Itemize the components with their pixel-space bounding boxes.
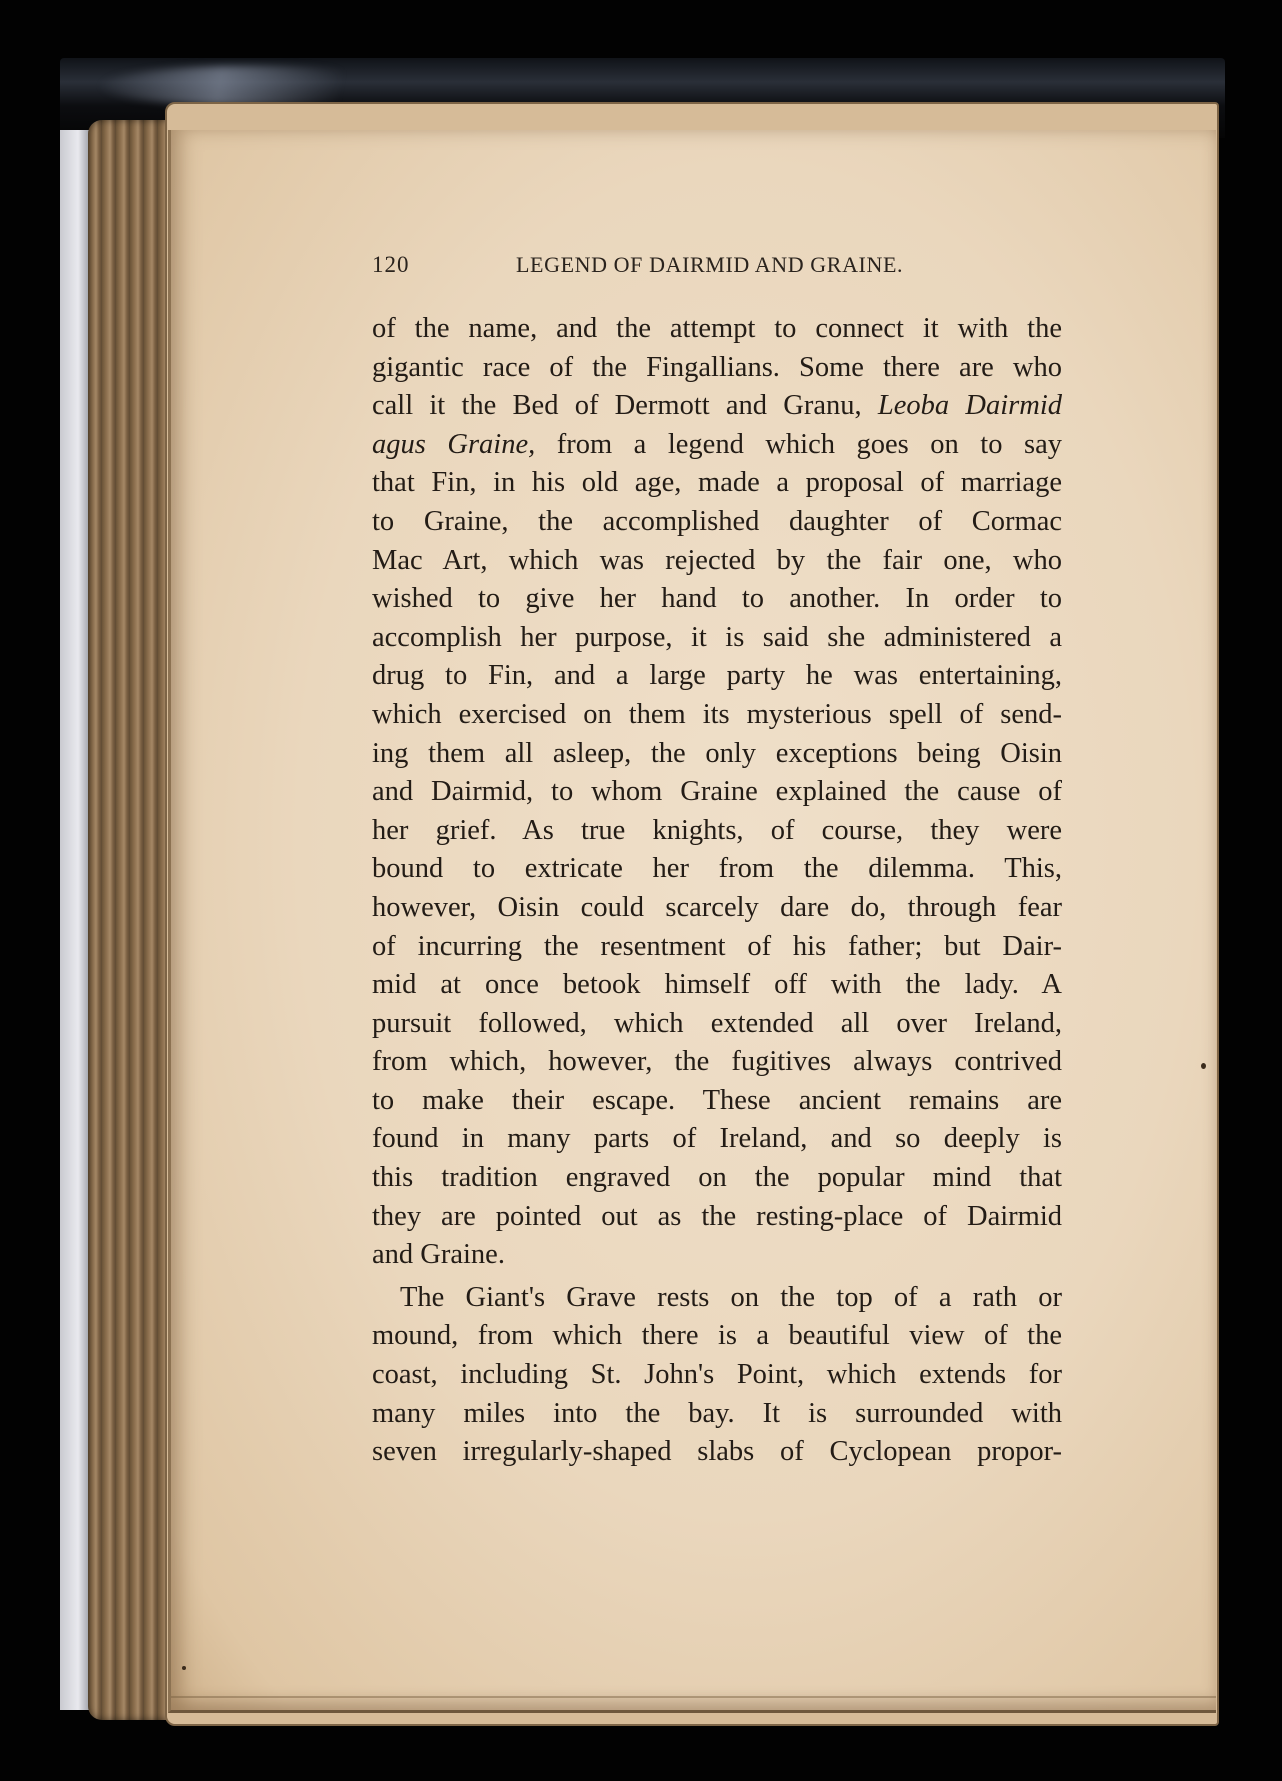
text-line: accomplish her purpose, it is said she a… — [372, 619, 1062, 658]
italic-phrase: agus Graine, — [372, 429, 535, 460]
text-line: of incurring the resentment of his fathe… — [372, 928, 1062, 967]
paragraph-2: The Giant's Grave rests on the top of a … — [372, 1279, 1062, 1472]
text-line: of the name, and the attempt to connect … — [372, 310, 1062, 349]
text-line: Mac Art, which was rejected by the fair … — [372, 542, 1062, 581]
text-line: and Dairmid, to whom Graine explained th… — [372, 773, 1062, 812]
text-line: mound, from which there is a beautiful v… — [372, 1317, 1062, 1356]
text-line: they are pointed out as the resting-plac… — [372, 1198, 1062, 1237]
text-line: ing them all asleep, the only exceptions… — [372, 735, 1062, 774]
text-line: from which, however, the fugitives alway… — [372, 1043, 1062, 1082]
ink-speck — [182, 1666, 186, 1670]
text-line: to Graine, the accomplished daughter of … — [372, 503, 1062, 542]
scanned-book-page: 120 LEGEND OF DAIRMID AND GRAINE. of the… — [0, 0, 1282, 1781]
book-cover-left-edge — [60, 130, 90, 1710]
text-span: from a legend which goes on to say — [535, 429, 1062, 460]
text-line: pursuit followed, which extended all ove… — [372, 1005, 1062, 1044]
italic-phrase: Leoba Dairmid — [878, 390, 1062, 421]
text-line: gigantic race of the Fingallians. Some t… — [372, 349, 1062, 388]
running-title: LEGEND OF DAIRMID AND GRAINE. — [516, 252, 903, 278]
text-line: found in many parts of Ireland, and so d… — [372, 1120, 1062, 1159]
running-header: 120 LEGEND OF DAIRMID AND GRAINE. — [372, 252, 1072, 282]
text-line: that Fin, in his old age, made a proposa… — [372, 464, 1062, 503]
text-span: call it the Bed of Dermott and Granu, — [372, 390, 878, 421]
cover-sheen — [100, 66, 400, 106]
text-line: wished to give her hand to another. In o… — [372, 580, 1062, 619]
text-line: seven irregularly-shaped slabs of Cyclop… — [372, 1433, 1062, 1472]
page-number: 120 — [372, 252, 410, 278]
text-line: which exercised on them its mysterious s… — [372, 696, 1062, 735]
text-line: and Graine. — [372, 1236, 1062, 1275]
ink-speck — [1201, 1063, 1206, 1069]
text-line: however, Oisin could scarcely dare do, t… — [372, 889, 1062, 928]
text-line: mid at once betook himself off with the … — [372, 966, 1062, 1005]
text-line: bound to extricate her from the dilemma.… — [372, 850, 1062, 889]
paragraph-1: of the name, and the attempt to connect … — [372, 310, 1062, 1275]
text-line: this tradition engraved on the popular m… — [372, 1159, 1062, 1198]
text-line: coast, including St. John's Point, which… — [372, 1356, 1062, 1395]
text-line: her grief. As true knights, of course, t… — [372, 812, 1062, 851]
body-text: of the name, and the attempt to connect … — [372, 310, 1062, 1472]
text-line: The Giant's Grave rests on the top of a … — [372, 1279, 1062, 1318]
text-line: drug to Fin, and a large party he was en… — [372, 657, 1062, 696]
text-line: agus Graine, from a legend which goes on… — [372, 426, 1062, 465]
text-line: to make their escape. These ancient rema… — [372, 1082, 1062, 1121]
water-stain — [171, 1696, 1216, 1698]
text-line: many miles into the bay. It is surrounde… — [372, 1395, 1062, 1434]
text-line: call it the Bed of Dermott and Granu, Le… — [372, 387, 1062, 426]
